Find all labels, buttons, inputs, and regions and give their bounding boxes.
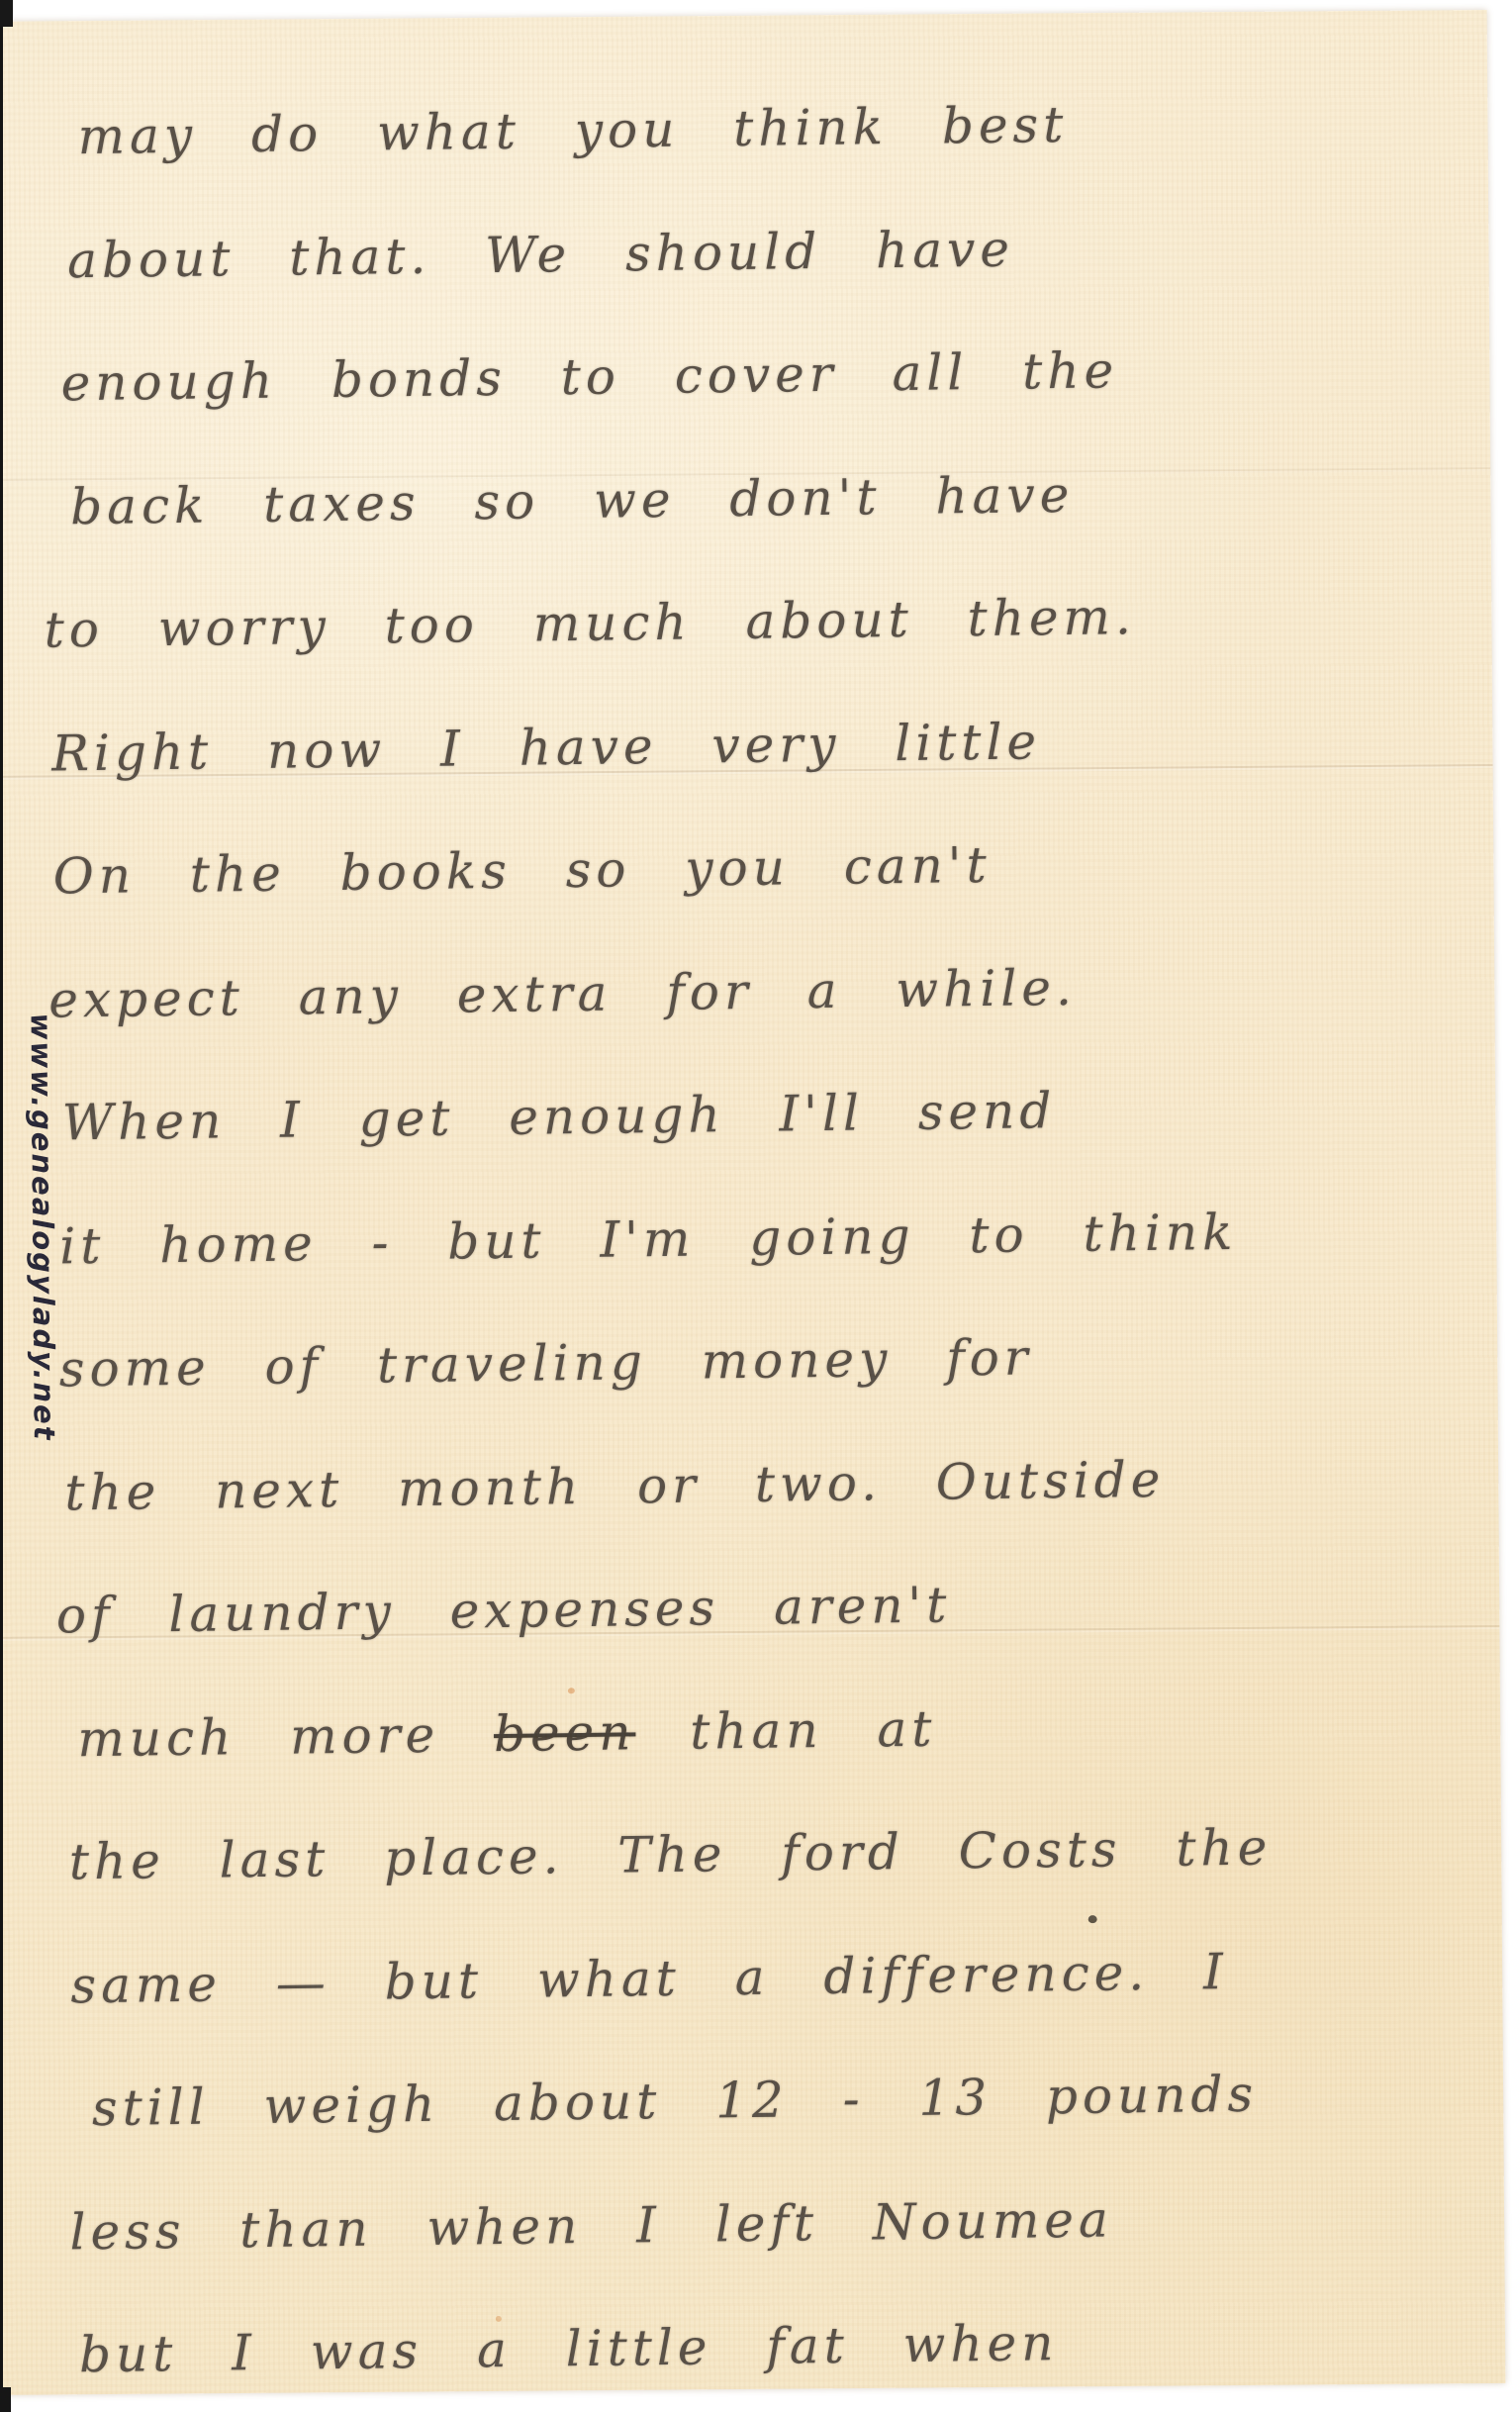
handwritten-line: some of traveling money for	[50, 1291, 1466, 1431]
scanner-edge-artifact	[0, 20, 3, 2412]
line-text: Right now I have very little	[51, 713, 1041, 782]
handwritten-line: less than when I left Noumea	[61, 2154, 1477, 2294]
line-text: some of traveling money for	[58, 1329, 1032, 1399]
handwritten-line: of laundry expenses aren't	[53, 1537, 1469, 1678]
handwritten-line: Right now I have very little	[43, 675, 1459, 816]
handwritten-line: expect any extra for a while.	[47, 921, 1463, 1062]
scanner-edge-artifact	[0, 0, 13, 27]
handwritten-line: but I was a little fat when	[62, 2276, 1478, 2412]
letter-body: may do what you think bestabout that. We…	[36, 58, 1479, 2412]
line-text: When I get enough I'll send	[61, 1082, 1056, 1151]
handwritten-line: still weigh about 12 - 13 pounds	[59, 2030, 1475, 2171]
line-text: to worry too much about them.	[44, 588, 1136, 658]
handwritten-line: same — but what a difference. I	[58, 1907, 1474, 2048]
line-text: back taxes so we don't have	[70, 466, 1075, 535]
line-text: the last place. The ford Costs the	[69, 1819, 1273, 1891]
line-text: than at	[635, 1699, 937, 1761]
line-text: the next month or two. Outside	[64, 1451, 1166, 1522]
line-text: about that. We should have	[67, 220, 1014, 289]
line-text: much more	[77, 1705, 494, 1768]
scanner-edge-artifact	[0, 2387, 11, 2412]
line-text: may do what you think best	[77, 96, 1068, 165]
line-text: less than when I left Noumea	[69, 2190, 1113, 2261]
line-text: still weigh about 12 - 13 pounds	[92, 2066, 1259, 2137]
line-text: enough bonds to cover all the	[60, 342, 1118, 413]
scan-background: { "paper": { "background_color": "#f8e9c…	[0, 0, 1512, 2412]
struck-word: been	[494, 1703, 636, 1763]
handwritten-line: it home - but I'm going to think	[49, 1168, 1465, 1308]
handwritten-line: On the books so you can't	[45, 798, 1461, 938]
handwritten-line: the last place. The ford Costs the	[56, 1784, 1472, 1924]
handwritten-line: enough bonds to cover all the	[39, 305, 1455, 445]
handwritten-line: to worry too much about them.	[42, 551, 1458, 692]
handwritten-line: about that. We should have	[37, 182, 1453, 323]
handwritten-line: may do what you think best	[36, 58, 1452, 199]
handwritten-line: much more been than at	[55, 1661, 1471, 1801]
handwritten-line: When I get enough I'll send	[47, 1044, 1464, 1185]
line-text: same — but what a difference. I	[70, 1943, 1228, 2014]
handwritten-line: back taxes so we don't have	[40, 429, 1456, 569]
line-text: it home - but I'm going to think	[59, 1204, 1238, 1276]
line-text: of laundry expenses aren't	[56, 1577, 952, 1645]
line-text: but I was a little fat when	[79, 2314, 1059, 2383]
line-text: On the books so you can't	[52, 836, 992, 906]
handwritten-line: the next month or two. Outside	[52, 1414, 1468, 1555]
line-text: expect any extra for a while.	[48, 959, 1077, 1029]
letter-paper: www.genealogylady.net may do what you th…	[0, 10, 1505, 2395]
